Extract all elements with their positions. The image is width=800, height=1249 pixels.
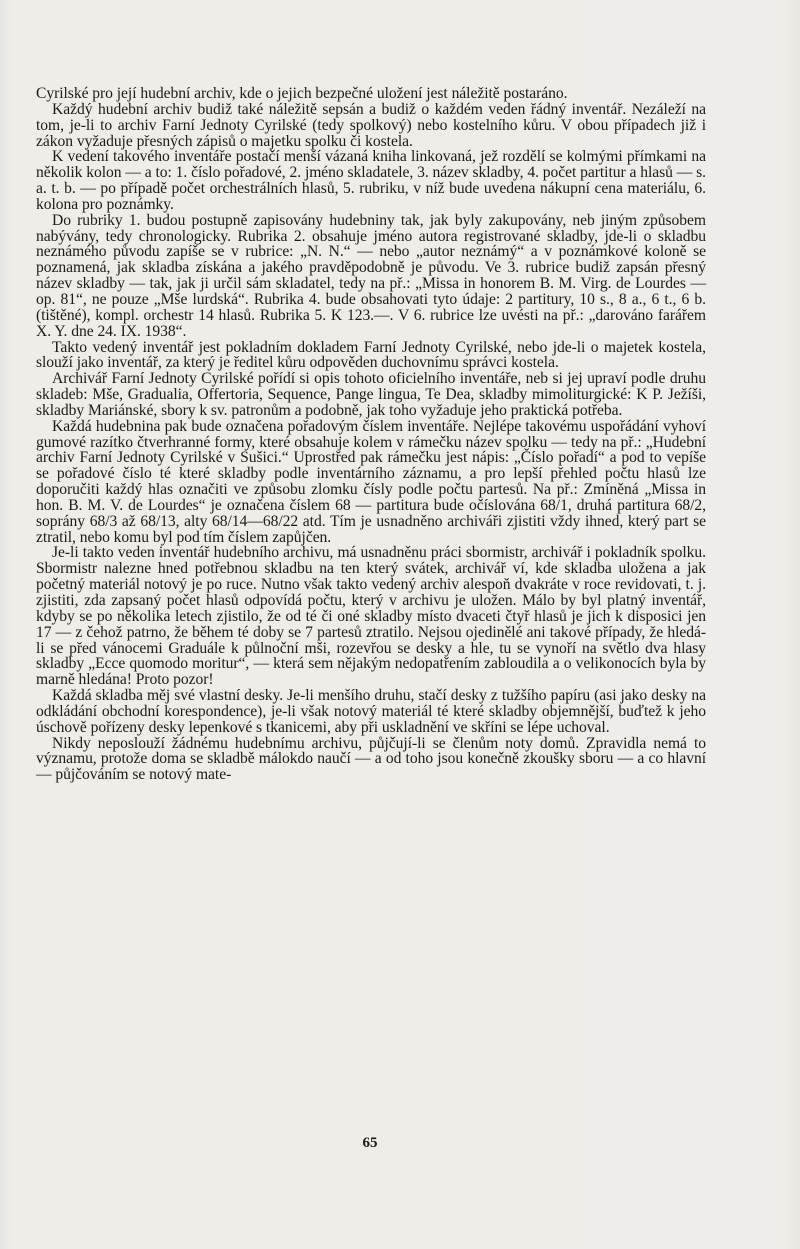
- paragraph-folders: Každá skladba měj své vlastní desky. Je-…: [36, 688, 706, 736]
- paragraph-inventory-book-columns: K vedení takového inventáře postačí menš…: [36, 149, 706, 212]
- paragraph-stamp-numbering: Každá hudebnina pak bude označena pořado…: [36, 419, 706, 546]
- paragraph-inventory-as-document: Takto vedený inventář jest pokladním dok…: [36, 340, 706, 372]
- body-text: Cyrilské pro její hudební archiv, kde o …: [36, 86, 706, 783]
- paragraph-archivist-copy: Archivář Farní Jednoty Cyrilské pořídí s…: [36, 371, 706, 419]
- scanned-book-page: Cyrilské pro její hudební archiv, kde o …: [0, 0, 800, 1249]
- paragraph-revision: Je-li takto veden inventář hudebního arc…: [36, 545, 706, 688]
- paragraph-inventory-requirement: Každý hudební archiv budiž také náležitě…: [36, 102, 706, 150]
- page-number: 65: [0, 1135, 740, 1152]
- paragraph-rubric-instructions: Do rubriky 1. budou postupně zapisovány …: [36, 213, 706, 340]
- paragraph-continuation: Cyrilské pro její hudební archiv, kde o …: [36, 86, 706, 102]
- paragraph-lending: Nikdy neposlouží žádnému hudebnímu archi…: [36, 736, 706, 784]
